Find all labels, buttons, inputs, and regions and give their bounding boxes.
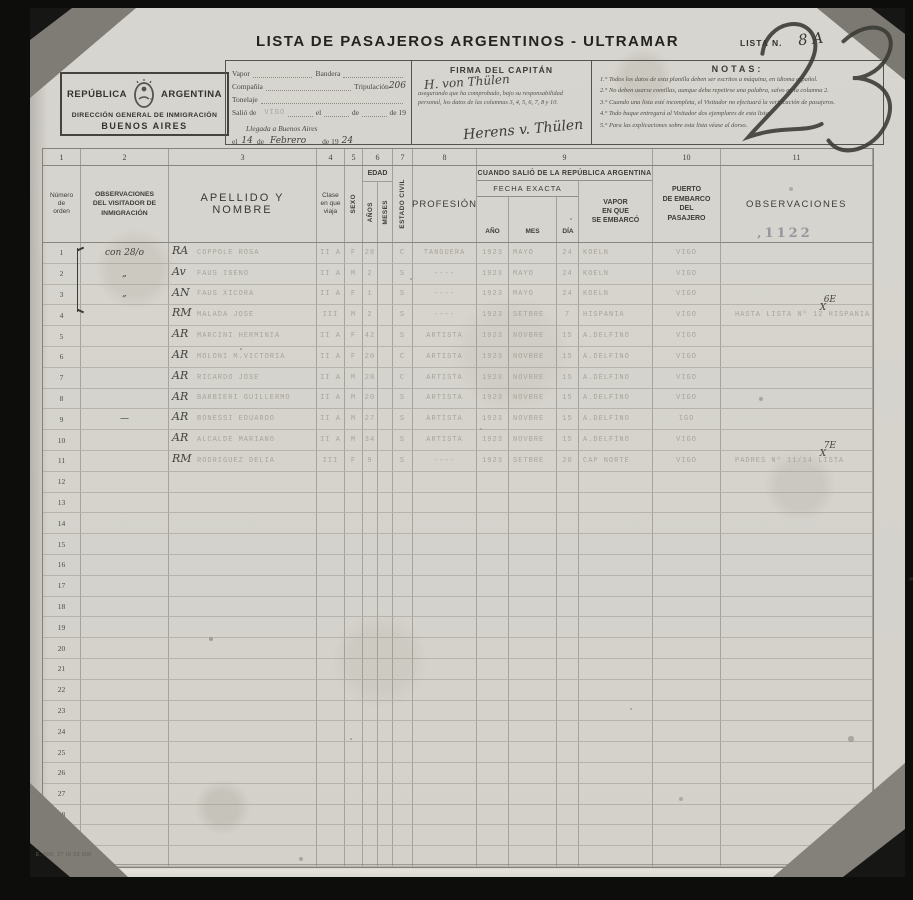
cell-mos xyxy=(378,430,393,451)
cell-num: 23 xyxy=(43,701,81,722)
cell-num: 2 xyxy=(43,264,81,285)
table-row: 16 xyxy=(43,555,873,576)
header-cuando-salio: CUANDO SALIÓ DE LA REPÚBLICA ARGENTINA xyxy=(477,166,652,181)
cell-num: 7 xyxy=(43,368,81,389)
cell-yr xyxy=(477,742,509,763)
cell-yrs xyxy=(363,576,378,597)
cell-mes: MAYO xyxy=(509,264,557,285)
cell-num: 8 xyxy=(43,389,81,410)
cell-yrs xyxy=(363,846,378,867)
table-header-row: Número de orden OBSERVACIONES DEL VISITA… xyxy=(43,166,873,243)
cell-cls xyxy=(317,784,345,805)
cell-yrs xyxy=(363,701,378,722)
cell-yr xyxy=(477,617,509,638)
salio-label: Salió de xyxy=(232,108,256,117)
header-ano: AÑO xyxy=(477,197,509,242)
cell-civ xyxy=(393,825,413,846)
cell-yrs: 2 xyxy=(363,264,378,285)
column-number: 9 xyxy=(477,149,653,165)
cell-num: 4 xyxy=(43,305,81,326)
cell-vap xyxy=(579,701,653,722)
table-row: 17 xyxy=(43,576,873,597)
cell-yr xyxy=(477,493,509,514)
cell-yrs: 2 xyxy=(363,305,378,326)
cell-mes xyxy=(509,784,557,805)
cell-mos xyxy=(378,846,393,867)
cell-obsr xyxy=(721,721,873,742)
table-row: 25 xyxy=(43,742,873,763)
table-row: 18 xyxy=(43,597,873,618)
cell-name: RMMALADA JOSE xyxy=(169,305,317,326)
cell-sex xyxy=(345,825,363,846)
cell-dia xyxy=(557,784,579,805)
cell-obs xyxy=(81,805,169,826)
cell-sex xyxy=(345,576,363,597)
cell-obsr xyxy=(721,347,873,368)
cell-mos xyxy=(378,493,393,514)
cell-yr: 1923 xyxy=(477,347,509,368)
cell-name xyxy=(169,721,317,742)
cell-prof xyxy=(413,721,477,742)
cell-civ: S xyxy=(393,409,413,430)
cell-num: 20 xyxy=(43,638,81,659)
cell-mos xyxy=(378,243,393,264)
column-number: 4 xyxy=(317,149,345,165)
cell-port xyxy=(653,638,721,659)
cell-port xyxy=(653,784,721,805)
cell-yr xyxy=(477,805,509,826)
cell-yrs xyxy=(363,534,378,555)
cell-obs xyxy=(81,638,169,659)
cell-vap xyxy=(579,513,653,534)
header-edad-group: EDAD AÑOS MESES xyxy=(363,166,393,242)
cell-name: ANFAUS XICORA xyxy=(169,285,317,306)
cell-dia: 7 xyxy=(557,305,579,326)
cell-mos xyxy=(378,784,393,805)
cell-civ xyxy=(393,721,413,742)
captain-signature-handwritten: Herens v. Thülen xyxy=(462,117,583,143)
cell-mes: NOVBRE xyxy=(509,347,557,368)
cell-prof xyxy=(413,784,477,805)
table-row: 21 xyxy=(43,659,873,680)
cell-mes xyxy=(509,555,557,576)
cell-civ xyxy=(393,472,413,493)
cell-port xyxy=(653,576,721,597)
cell-civ xyxy=(393,846,413,867)
cell-cls xyxy=(317,701,345,722)
column-number: 1 xyxy=(43,149,81,165)
table-row: 1con 28/oRACOPPOLE ROSAII AF28CTANGUERA1… xyxy=(43,243,873,264)
cell-civ xyxy=(393,763,413,784)
cell-name: ARALCALDE MARIANO xyxy=(169,430,317,451)
captain-box-body: asegurando que ha comprobado, bajo su re… xyxy=(418,90,585,107)
cell-vap xyxy=(579,763,653,784)
header-numero-orden: Número de orden xyxy=(43,166,81,242)
column-number: 5 xyxy=(345,149,363,165)
cell-mos xyxy=(378,389,393,410)
cell-name: ARRICARDO JOSE xyxy=(169,368,317,389)
cell-mes xyxy=(509,742,557,763)
cell-obsr xyxy=(721,597,873,618)
ship-info-box: Vapor Bandera Compañía Tripulación 206 T… xyxy=(226,61,412,144)
cell-obsr xyxy=(721,243,873,264)
cell-vap: A.DELFINO xyxy=(579,347,653,368)
cell-sex xyxy=(345,472,363,493)
cell-prof xyxy=(413,555,477,576)
cell-prof xyxy=(413,825,477,846)
table-row: 5ARMARCINI HERMINIAII AF42SARTISTA1923NO… xyxy=(43,326,873,347)
cell-name xyxy=(169,513,317,534)
cell-cls: III xyxy=(317,305,345,326)
cell-sex xyxy=(345,638,363,659)
cell-cls: III xyxy=(317,451,345,472)
cell-mos xyxy=(378,742,393,763)
header-mes: MES xyxy=(509,197,557,242)
cell-num: 15 xyxy=(43,534,81,555)
org-box: REPÚBLICA ARGENTINA DIRECCIÓN GENERAL DE… xyxy=(60,72,229,136)
table-row: 30 xyxy=(43,846,873,867)
cell-mos xyxy=(378,513,393,534)
cell-mos xyxy=(378,659,393,680)
cell-yr xyxy=(477,638,509,659)
header-estado-civil: ESTADO CIVIL xyxy=(393,166,413,242)
cell-dia: 15 xyxy=(557,409,579,430)
cell-vap xyxy=(579,825,653,846)
cell-obsr xyxy=(721,638,873,659)
cell-mes xyxy=(509,493,557,514)
cell-prof xyxy=(413,617,477,638)
cell-sex: F xyxy=(345,243,363,264)
cell-dia xyxy=(557,493,579,514)
cell-vap: KOELN xyxy=(579,243,653,264)
cell-yr: 1923 xyxy=(477,430,509,451)
cell-num: 16 xyxy=(43,555,81,576)
column-number: 8 xyxy=(413,149,477,165)
cell-civ: C xyxy=(393,243,413,264)
cell-num: 6 xyxy=(43,347,81,368)
cell-obs xyxy=(81,430,169,451)
cell-vap: A.DELFINO xyxy=(579,389,653,410)
cell-prof: ARTISTA xyxy=(413,347,477,368)
cell-obs xyxy=(81,305,169,326)
stamp-number: ‚1122 xyxy=(757,226,813,241)
vapor-label: Vapor xyxy=(232,69,250,78)
cell-mes: NOVBRE xyxy=(509,389,557,410)
cell-yrs xyxy=(363,805,378,826)
tripulacion-label: Tripulación xyxy=(354,82,389,91)
cell-port: IGO xyxy=(653,409,721,430)
cell-prof: ---- xyxy=(413,264,477,285)
cell-name xyxy=(169,597,317,618)
cell-mos xyxy=(378,264,393,285)
cell-mes xyxy=(509,763,557,784)
cell-yrs xyxy=(363,472,378,493)
cell-cls: II A xyxy=(317,243,345,264)
cell-dia: 15 xyxy=(557,368,579,389)
cell-port xyxy=(653,680,721,701)
cell-cls xyxy=(317,846,345,867)
cell-mes xyxy=(509,846,557,867)
cell-mes: NOVBRE xyxy=(509,326,557,347)
cell-dia xyxy=(557,617,579,638)
cell-sex xyxy=(345,617,363,638)
cell-civ: S xyxy=(393,430,413,451)
cell-obsr xyxy=(721,389,873,410)
cell-yr xyxy=(477,784,509,805)
cell-sex: M xyxy=(345,368,363,389)
cell-prof xyxy=(413,846,477,867)
cell-sex xyxy=(345,534,363,555)
cell-civ: S xyxy=(393,389,413,410)
corner-number-handwritten-23 xyxy=(723,4,913,177)
cell-cls xyxy=(317,576,345,597)
cell-obs xyxy=(81,825,169,846)
llegada-year-handwritten: 24 xyxy=(342,136,353,146)
cell-yr: 1923 xyxy=(477,451,509,472)
cell-name xyxy=(169,534,317,555)
table-row: 4RMMALADA JOSEIIIM2S----1923SETBRE7HISPA… xyxy=(43,305,873,326)
column-number: 2 xyxy=(81,149,169,165)
cell-num: 21 xyxy=(43,659,81,680)
cell-yrs: 1 xyxy=(363,285,378,306)
cell-name xyxy=(169,659,317,680)
cell-yr: 1923 xyxy=(477,368,509,389)
cell-civ: S xyxy=(393,285,413,306)
cell-vap xyxy=(579,784,653,805)
cell-mos xyxy=(378,305,393,326)
cell-vap: A.DELFINO xyxy=(579,368,653,389)
cell-name xyxy=(169,825,317,846)
cell-prof xyxy=(413,534,477,555)
cell-name xyxy=(169,493,317,514)
cell-prof xyxy=(413,659,477,680)
cell-yrs xyxy=(363,659,378,680)
cell-port xyxy=(653,493,721,514)
cell-vap: CAP NORTE xyxy=(579,451,653,472)
cell-yrs: 28 xyxy=(363,243,378,264)
org-line2: DIRECCIÓN GENERAL DE INMIGRACIÓN xyxy=(62,112,227,119)
cell-prof xyxy=(413,597,477,618)
cell-sex: F xyxy=(345,285,363,306)
cell-mos xyxy=(378,597,393,618)
table-row: 14 xyxy=(43,513,873,534)
cell-cls xyxy=(317,805,345,826)
cell-obsr xyxy=(721,285,873,306)
cell-num: 11 xyxy=(43,451,81,472)
cell-name xyxy=(169,617,317,638)
table-row: 2„AvFAUS ISENOII AM2S----1923MAYO24KOELN… xyxy=(43,264,873,285)
cell-sex xyxy=(345,555,363,576)
cell-mos xyxy=(378,409,393,430)
cell-obsr xyxy=(721,555,873,576)
cell-civ xyxy=(393,534,413,555)
cell-civ xyxy=(393,742,413,763)
cell-dia xyxy=(557,576,579,597)
cell-mes: NOVBRE xyxy=(509,409,557,430)
cell-obs xyxy=(81,347,169,368)
cell-sex: M xyxy=(345,389,363,410)
cell-sex xyxy=(345,721,363,742)
cell-sex xyxy=(345,493,363,514)
cell-prof xyxy=(413,472,477,493)
cell-dia xyxy=(557,742,579,763)
cell-yrs: 20 xyxy=(363,389,378,410)
column-number: 3 xyxy=(169,149,317,165)
cell-yrs xyxy=(363,493,378,514)
cell-yr xyxy=(477,659,509,680)
cell-port xyxy=(653,617,721,638)
cell-num: 18 xyxy=(43,597,81,618)
cell-obsr xyxy=(721,409,873,430)
cell-prof xyxy=(413,513,477,534)
tonelaje-label: Tonelaje xyxy=(232,95,258,104)
table-row: 24 xyxy=(43,721,873,742)
cell-name: ARMARCINI HERMINIA xyxy=(169,326,317,347)
column-number: 6 xyxy=(363,149,393,165)
cell-dia: 24 xyxy=(557,264,579,285)
cell-mes: SETBRE xyxy=(509,451,557,472)
cell-obsr xyxy=(721,368,873,389)
cell-vap: KOELN xyxy=(579,285,653,306)
cell-obs xyxy=(81,368,169,389)
cell-sex xyxy=(345,805,363,826)
header-apellido-nombre: APELLIDO Y NOMBRE xyxy=(169,166,317,242)
cell-mos xyxy=(378,763,393,784)
column-number: 10 xyxy=(653,149,721,165)
cell-dia: 24 xyxy=(557,243,579,264)
cell-obsr xyxy=(721,472,873,493)
cell-mos xyxy=(378,680,393,701)
cell-obsr xyxy=(721,493,873,514)
table-row: 10ARALCALDE MARIANOII AM34SARTISTA1923NO… xyxy=(43,430,873,451)
cell-cls xyxy=(317,597,345,618)
cell-yr xyxy=(477,534,509,555)
cell-yrs: 34 xyxy=(363,430,378,451)
cell-yrs xyxy=(363,680,378,701)
cell-yrs xyxy=(363,638,378,659)
cell-prof: ARTISTA xyxy=(413,368,477,389)
cell-mos xyxy=(378,472,393,493)
cell-civ: S xyxy=(393,451,413,472)
cell-vap xyxy=(579,638,653,659)
cell-prof xyxy=(413,680,477,701)
cell-yr: 1923 xyxy=(477,305,509,326)
cell-name xyxy=(169,805,317,826)
cell-name: AvFAUS ISENO xyxy=(169,264,317,285)
compania-label: Compañía xyxy=(232,82,263,91)
cell-mos xyxy=(378,825,393,846)
header-puerto-embarco: PUERTO DE EMBARCO DEL PASAJERO xyxy=(653,166,721,242)
cell-mos xyxy=(378,701,393,722)
cell-mes xyxy=(509,721,557,742)
cell-yr xyxy=(477,597,509,618)
cell-yr: 1923 xyxy=(477,264,509,285)
org-name-right: ARGENTINA xyxy=(161,89,222,100)
cell-port: VIGO xyxy=(653,430,721,451)
cell-port: VIGO xyxy=(653,264,721,285)
cell-num: 24 xyxy=(43,721,81,742)
cell-num: 1 xyxy=(43,243,81,264)
cell-yrs xyxy=(363,721,378,742)
cell-name xyxy=(169,784,317,805)
table-row: 15 xyxy=(43,534,873,555)
header-fecha-exacta: FECHA EXACTA xyxy=(477,181,578,197)
cell-mes xyxy=(509,638,557,659)
cell-yr: 1923 xyxy=(477,389,509,410)
header-profesion: PROFESIÓN xyxy=(413,166,477,242)
cell-dia: 24 xyxy=(557,285,579,306)
cell-name xyxy=(169,701,317,722)
cell-vap xyxy=(579,721,653,742)
bandera-label: Bandera xyxy=(315,69,340,78)
cell-civ: S xyxy=(393,326,413,347)
cell-sex xyxy=(345,763,363,784)
cell-obsr xyxy=(721,534,873,555)
cell-obs xyxy=(81,763,169,784)
cell-prof: ARTISTA xyxy=(413,409,477,430)
cell-num: 3 xyxy=(43,285,81,306)
cell-dia: 15 xyxy=(557,430,579,451)
cell-dia xyxy=(557,555,579,576)
cell-yrs: 28 xyxy=(363,368,378,389)
cell-yr xyxy=(477,846,509,867)
cell-obs xyxy=(81,721,169,742)
cell-yrs: 42 xyxy=(363,326,378,347)
cell-cls xyxy=(317,763,345,784)
cell-vap: KOELN xyxy=(579,264,653,285)
cell-obs: „ xyxy=(81,285,169,306)
cell-obs xyxy=(81,597,169,618)
cell-civ xyxy=(393,680,413,701)
cell-num: 26 xyxy=(43,763,81,784)
cell-cls xyxy=(317,617,345,638)
cell-cls: II A xyxy=(317,264,345,285)
cell-obsr xyxy=(721,701,873,722)
coat-of-arms-icon xyxy=(132,79,156,109)
cell-port xyxy=(653,805,721,826)
cell-vap xyxy=(579,597,653,618)
cell-dia xyxy=(557,805,579,826)
cell-civ: C xyxy=(393,347,413,368)
table-row: 26 xyxy=(43,763,873,784)
cell-yrs: 27 xyxy=(363,409,378,430)
cell-port: VIGO xyxy=(653,368,721,389)
cell-num: 22 xyxy=(43,680,81,701)
cell-name: ARBONESSI EDUARDO xyxy=(169,409,317,430)
cell-port: VIGO xyxy=(653,389,721,410)
cell-port xyxy=(653,763,721,784)
cell-mos xyxy=(378,555,393,576)
cell-vap xyxy=(579,659,653,680)
cell-prof: ---- xyxy=(413,285,477,306)
cell-port xyxy=(653,701,721,722)
cell-obs xyxy=(81,680,169,701)
cell-obsr xyxy=(721,264,873,285)
cell-dia xyxy=(557,846,579,867)
cell-civ xyxy=(393,617,413,638)
cell-port xyxy=(653,825,721,846)
cell-civ xyxy=(393,493,413,514)
cell-vap xyxy=(579,742,653,763)
cell-obsr xyxy=(721,326,873,347)
cell-dia xyxy=(557,721,579,742)
cell-cls: II A xyxy=(317,347,345,368)
cell-prof xyxy=(413,701,477,722)
cell-num: 19 xyxy=(43,617,81,638)
cell-cls xyxy=(317,513,345,534)
cell-civ xyxy=(393,659,413,680)
cell-yr xyxy=(477,472,509,493)
